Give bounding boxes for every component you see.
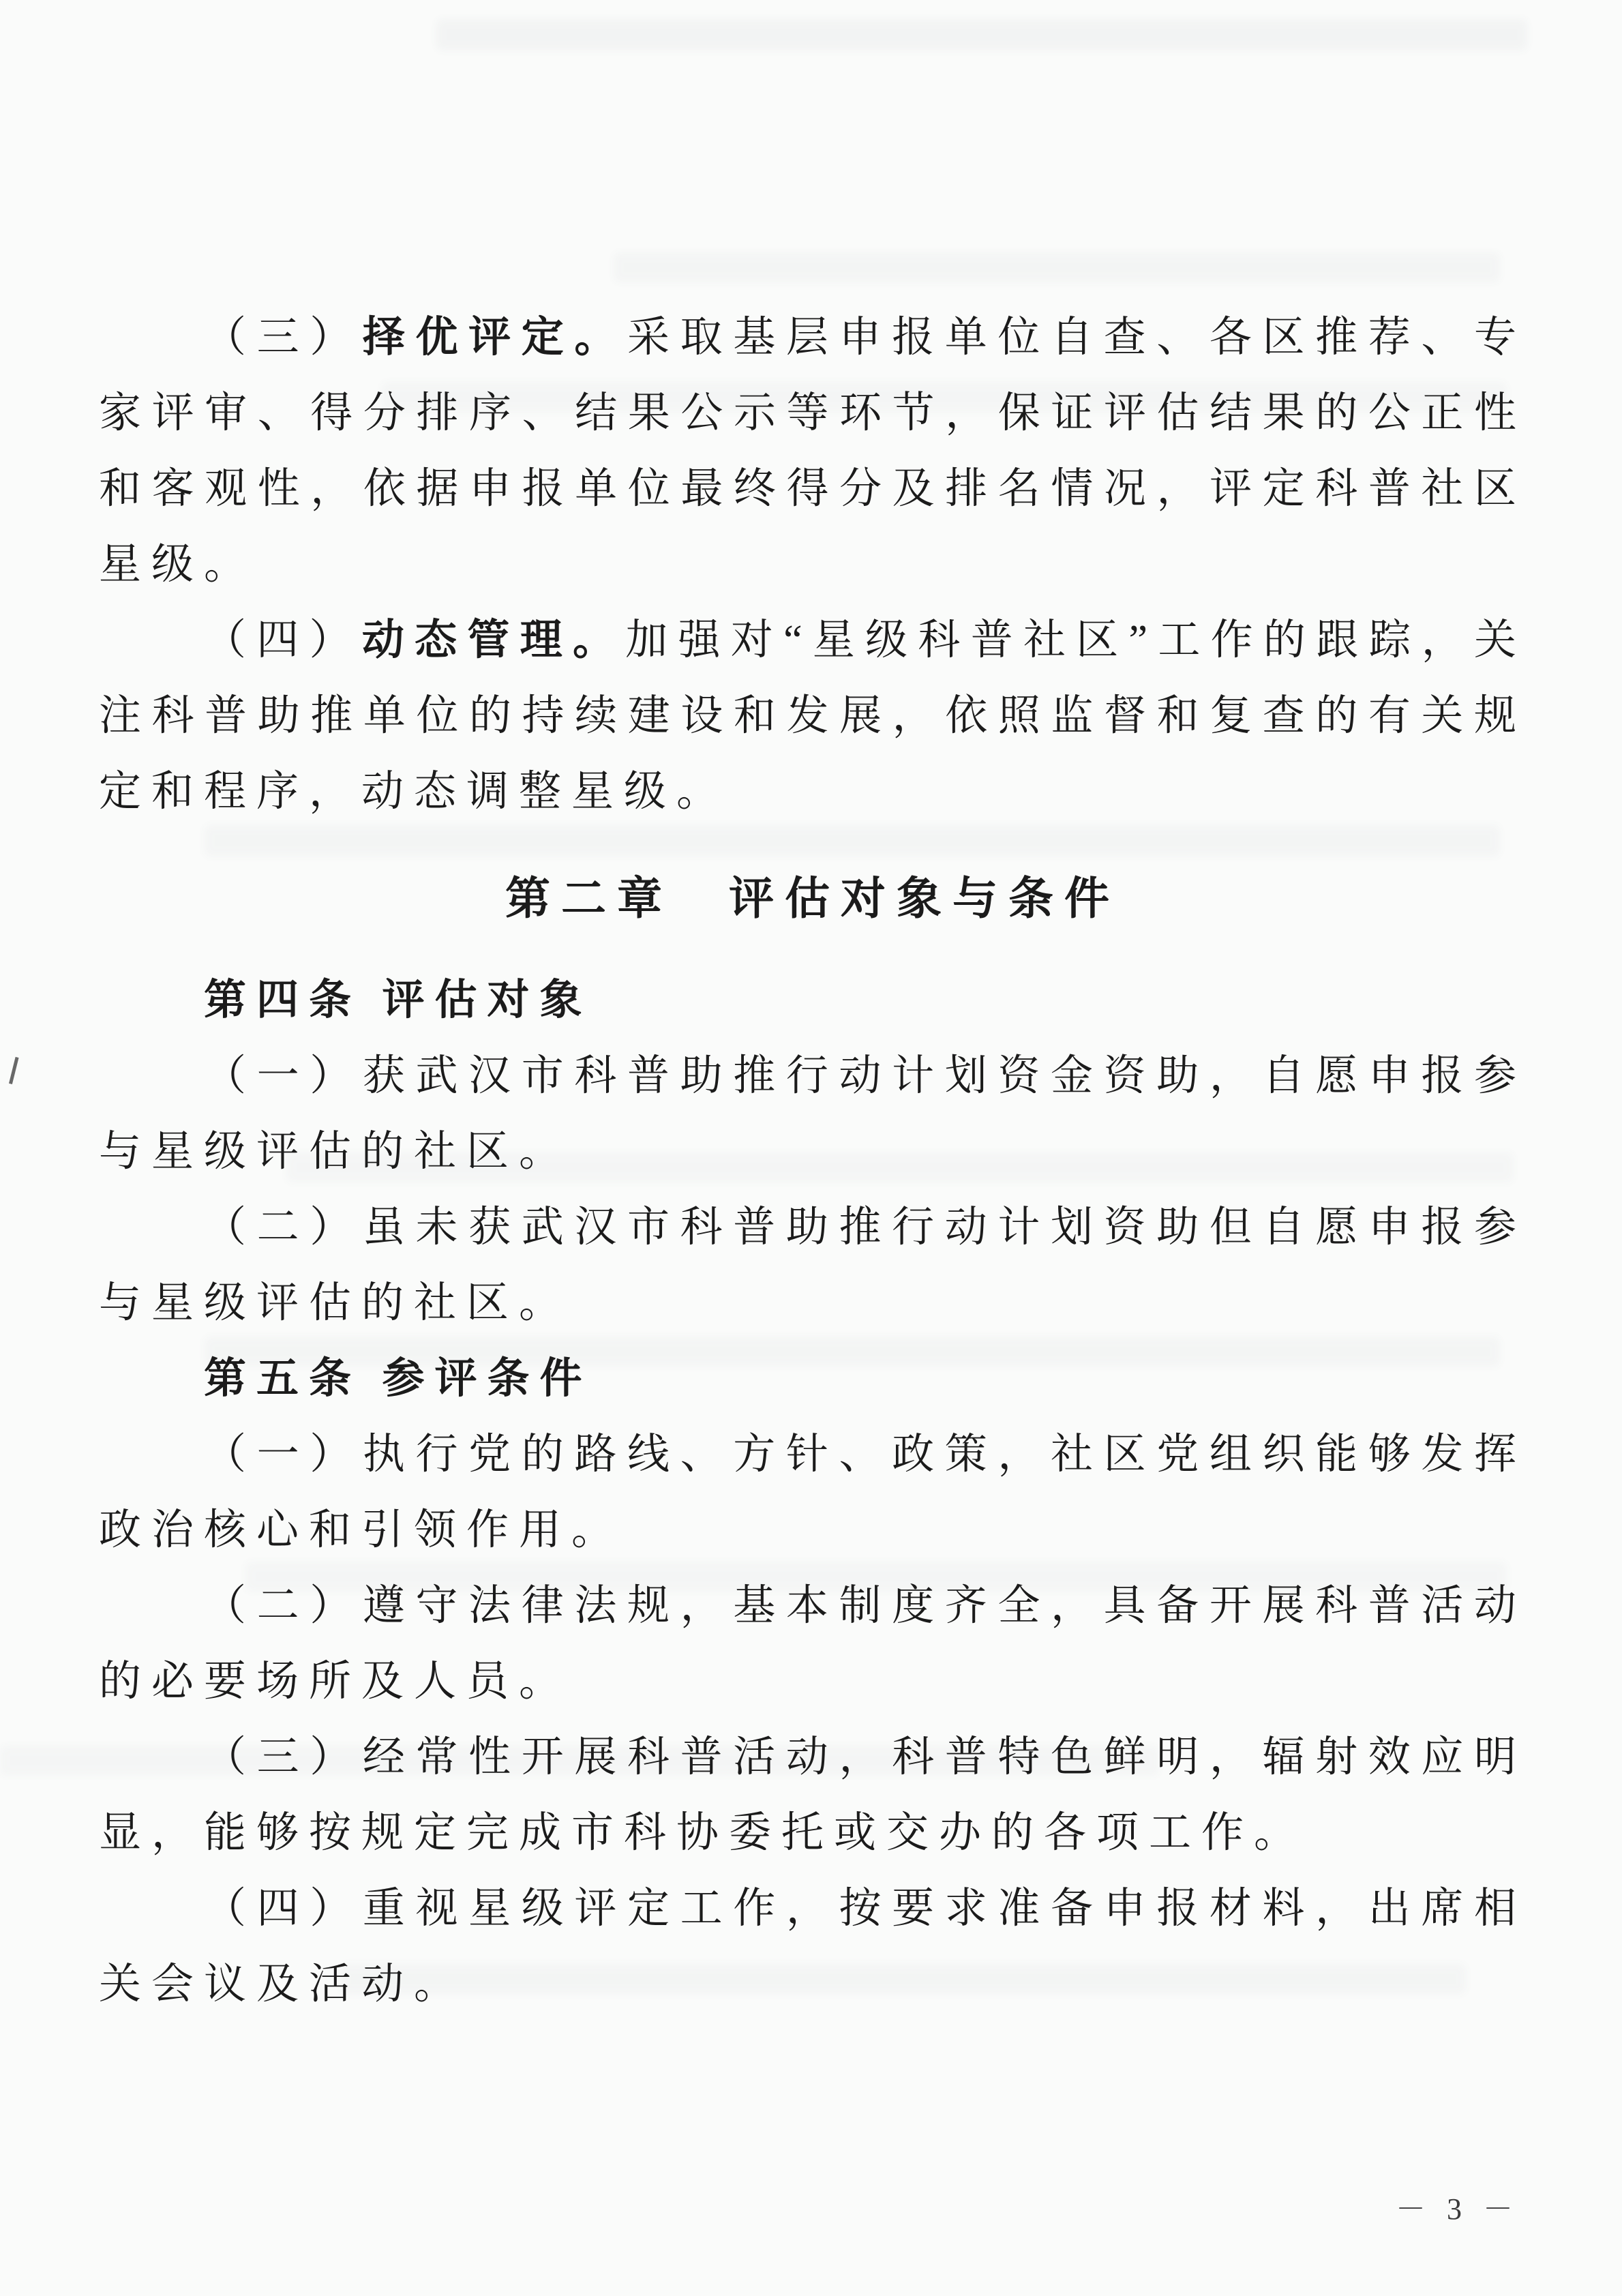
article-4-heading: 第四条 评估对象 <box>99 963 1527 1039</box>
article-5-item-4: （四）重视星级评定工作，按要求准备申报材料，出席相关会议及活动。 <box>99 1871 1527 2023</box>
article-5-item-1: （一）执行党的路线、方针、政策，社区党组织能够发挥政治核心和引领作用。 <box>99 1417 1527 1568</box>
article-5-heading: 第五条 参评条件 <box>99 1341 1527 1417</box>
article-4-item-2: （二）虽未获武汉市科普助推行动计划资助但自愿申报参与星级评估的社区。 <box>99 1190 1527 1341</box>
item-4-label: （四） <box>204 617 362 664</box>
article-4-item-1: （一）获武汉市科普助推行动计划资金资助，自愿申报参与星级评估的社区。 <box>99 1039 1527 1190</box>
document-body: （三）择优评定。采取基层申报单位自查、各区推荐、专家评审、得分排序、结果公示等环… <box>99 300 1527 2023</box>
document-page: （三）择优评定。采取基层申报单位自查、各区推荐、专家评审、得分排序、结果公示等环… <box>0 0 1622 2296</box>
scan-edge-artifact <box>0 1054 19 1084</box>
chapter-2-heading: 第二章 评估对象与条件 <box>99 861 1527 937</box>
page-number: － 3 － <box>1396 2184 1520 2228</box>
paragraph-item-3: （三）择优评定。采取基层申报单位自查、各区推荐、专家评审、得分排序、结果公示等环… <box>99 300 1527 603</box>
paragraph-item-4: （四）动态管理。加强对“星级科普社区”工作的跟踪，关注科普助推单位的持续建设和发… <box>99 603 1527 830</box>
item-3-label: （三） <box>204 314 363 361</box>
article-5-item-3: （三）经常性开展科普活动，科普特色鲜明，辐射效应明显，能够按规定完成市科协委托或… <box>99 1720 1527 1871</box>
item-3-keyword: 择优评定。 <box>363 314 627 361</box>
item-4-keyword: 动态管理。 <box>362 617 625 664</box>
article-5-item-2: （二）遵守法律法规，基本制度齐全，具备开展科普活动的必要场所及人员。 <box>99 1568 1527 1720</box>
